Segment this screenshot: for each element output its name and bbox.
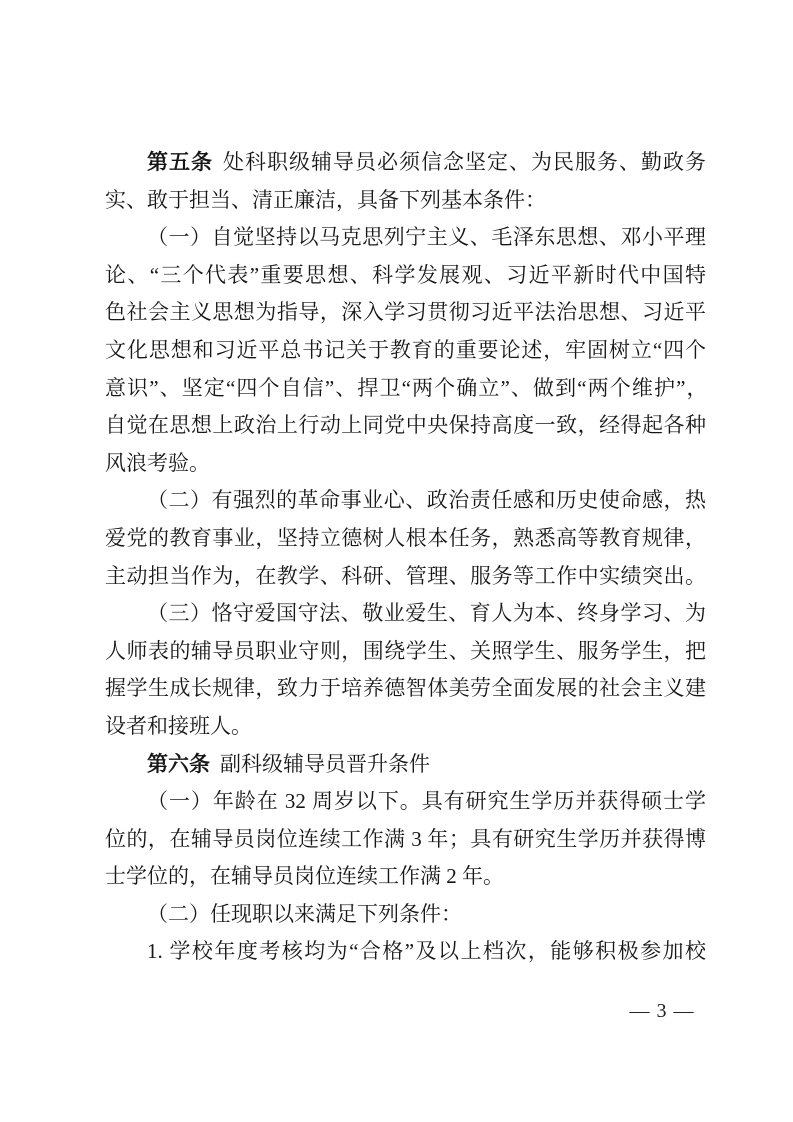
article-number: 第六条: [147, 753, 210, 776]
text-line: 位的，在辅导员岗位连续工作满 3 年；具有研究生学历并获得博: [105, 821, 706, 859]
text-line: 第六条副科级辅导员晋升条件: [105, 746, 706, 784]
text-line: 人师表的辅导员职业守则，围绕学生、关照学生、服务学生，把: [105, 633, 706, 671]
text-line-content: 爱党的教育事业，坚持立德树人根本任务，熟悉高等教育规律，: [105, 526, 706, 550]
text-line-content: 文化思想和习近平总书记关于教育的重要论述，牢固树立“四个: [105, 338, 706, 362]
text-line: 自觉在思想上政治上行动上同党中央保持高度一致，经得起各种: [105, 407, 706, 445]
text-line-content: 风浪考验。: [105, 451, 210, 475]
text-line-content: 士学位的，在辅导员岗位连续工作满 2 年。: [105, 864, 504, 888]
text-line: 论、“三个代表”重要思想、科学发展观、习近平新时代中国特: [105, 257, 706, 295]
text-line-content: 实、敢于担当、清正廉洁，具备下列基本条件：: [105, 188, 546, 212]
text-line-content: 1. 学校年度考核均为“合格”及以上档次，能够积极参加校: [147, 939, 706, 963]
text-line: （三）恪守爱国守法、敬业爱生、育人为本、终身学习、为: [105, 595, 706, 633]
text-line: 主动担当作为，在教学、科研、管理、服务等工作中实绩突出。: [105, 558, 706, 596]
text-line-content: 副科级辅导员晋升条件: [220, 752, 430, 776]
text-line-content: （三）恪守爱国守法、敬业爱生、育人为本、终身学习、为: [147, 601, 706, 625]
text-line: 意识”、坚定“四个自信”、捍卫“两个确立”、做到“两个维护”，: [105, 370, 706, 408]
text-line: 实、敢于担当、清正廉洁，具备下列基本条件：: [105, 182, 706, 220]
text-line-content: 自觉在思想上政治上行动上同党中央保持高度一致，经得起各种: [105, 413, 706, 437]
article-number: 第五条: [147, 151, 213, 174]
text-line-content: （一）年龄在 32 周岁以下。具有研究生学历并获得硕士学: [147, 789, 706, 813]
text-line: 1. 学校年度考核均为“合格”及以上档次，能够积极参加校: [105, 933, 706, 971]
text-line-content: 设者和接班人。: [105, 714, 252, 738]
text-line: （一）年龄在 32 周岁以下。具有研究生学历并获得硕士学: [105, 783, 706, 821]
text-line: 设者和接班人。: [105, 708, 706, 746]
text-line: 第五条处科职级辅导员必须信念坚定、为民服务、勤政务: [105, 144, 706, 182]
text-line-content: （二）任现职以来满足下列条件：: [147, 902, 462, 926]
text-line: （一）自觉坚持以马克思列宁主义、毛泽东思想、邓小平理: [105, 219, 706, 257]
text-line-content: 意识”、坚定“四个自信”、捍卫“两个确立”、做到“两个维护”，: [105, 376, 706, 400]
page-number: — 3 —: [607, 1000, 717, 1023]
document-text-block: 第五条处科职级辅导员必须信念坚定、为民服务、勤政务 实、敢于担当、清正廉洁，具备…: [105, 144, 706, 971]
text-line-content: 处科职级辅导员必须信念坚定、为民服务、勤政务: [223, 150, 706, 174]
text-line-content: 主动担当作为，在教学、科研、管理、服务等工作中实绩突出。: [105, 564, 706, 588]
text-line-content: 握学生成长规律，致力于培养德智体美劳全面发展的社会主义建: [105, 676, 706, 700]
text-line-content: 论、“三个代表”重要思想、科学发展观、习近平新时代中国特: [105, 263, 706, 287]
text-line: 风浪考验。: [105, 445, 706, 483]
text-line-content: （一）自觉坚持以马克思列宁主义、毛泽东思想、邓小平理: [147, 225, 706, 249]
text-line-content: 人师表的辅导员职业守则，围绕学生、关照学生、服务学生，把: [105, 639, 706, 663]
text-line-content: 色社会主义思想为指导，深入学习贯彻习近平法治思想、习近平: [105, 300, 706, 324]
text-line: 握学生成长规律，致力于培养德智体美劳全面发展的社会主义建: [105, 670, 706, 708]
text-line-content: （二）有强烈的革命事业心、政治责任感和历史使命感，热: [147, 488, 706, 512]
text-line: 士学位的，在辅导员岗位连续工作满 2 年。: [105, 858, 706, 896]
text-line-content: 位的，在辅导员岗位连续工作满 3 年；具有研究生学历并获得博: [105, 827, 706, 851]
text-line: （二）有强烈的革命事业心、政治责任感和历史使命感，热: [105, 482, 706, 520]
text-line: 文化思想和习近平总书记关于教育的重要论述，牢固树立“四个: [105, 332, 706, 370]
text-line: 色社会主义思想为指导，深入学习贯彻习近平法治思想、习近平: [105, 294, 706, 332]
document-page: 第五条处科职级辅导员必须信念坚定、为民服务、勤政务 实、敢于担当、清正廉洁，具备…: [0, 0, 793, 1122]
text-line: 爱党的教育事业，坚持立德树人根本任务，熟悉高等教育规律，: [105, 520, 706, 558]
text-line: （二）任现职以来满足下列条件：: [105, 896, 706, 934]
